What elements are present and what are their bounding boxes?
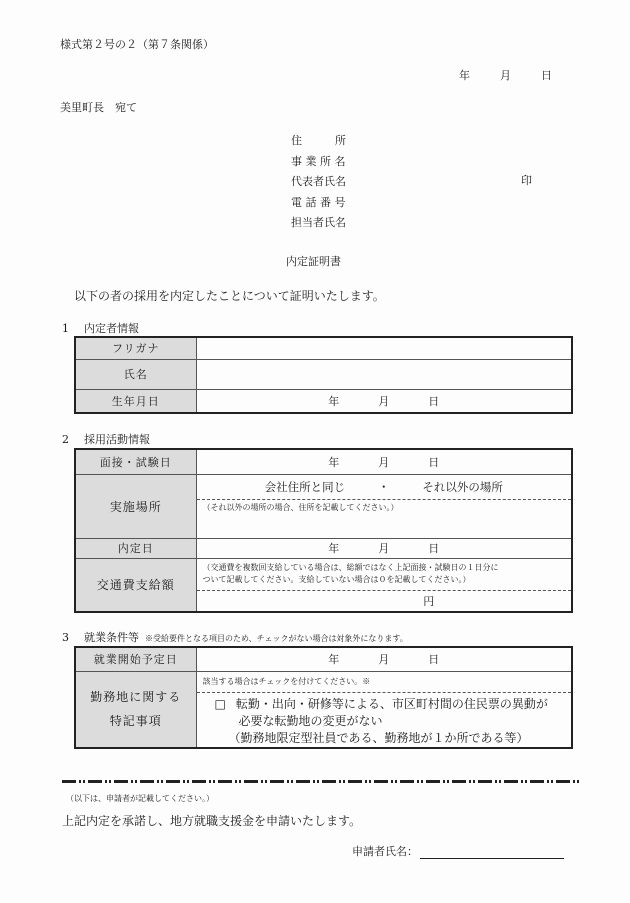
venue-field: 会社住所と同じ ・ それ以外の場所 （それ以外の場所の場合、住所を記載してくださ… bbox=[196, 474, 572, 538]
employment-conditions-table: 就業開始予定日 年月日 勤務地に関する 特記事項 該当する場合はチェックを付けて… bbox=[74, 646, 573, 749]
section-title: 採用活動情報 bbox=[84, 433, 150, 446]
table-row: 実施場所 会社住所と同じ ・ それ以外の場所 （それ以外の場所の場合、住所を記載… bbox=[75, 474, 572, 538]
month-label: 月 bbox=[359, 454, 409, 470]
table-row: 内定日 年月日 bbox=[75, 538, 572, 558]
yen-unit: 円 bbox=[423, 591, 434, 612]
month-label: 月 bbox=[359, 393, 409, 409]
seal-mark: 印 bbox=[521, 172, 532, 188]
form-number: 様式第２号の２（第７条関係） bbox=[60, 36, 214, 52]
cut-line-divider bbox=[62, 780, 579, 783]
section-2-heading: 2採用活動情報 bbox=[62, 431, 150, 447]
note-line: ついて記載してください。支給していない場合は０を記載してください。） bbox=[203, 574, 566, 586]
employer-company-label: 事 業 所 名 bbox=[291, 152, 346, 173]
item-text: 転勤・出向・研修等による、市区町村間の住民票の異動が bbox=[236, 697, 548, 711]
workplace-label: 勤務地に関する 特記事項 bbox=[75, 671, 196, 748]
venue-label: 実施場所 bbox=[75, 474, 196, 538]
furigana-field[interactable] bbox=[196, 337, 572, 359]
birthdate-label: 生年月日 bbox=[75, 389, 196, 413]
employer-representative-label: 代表者氏名 bbox=[291, 172, 346, 193]
section-title: 内定者情報 bbox=[84, 322, 139, 335]
offer-date-label: 内定日 bbox=[75, 538, 196, 558]
acceptance-statement: 上記内定を承諾し、地方就職支援金を申請いたします。 bbox=[62, 812, 361, 829]
employer-info-block: 住 所 事 業 所 名 代表者氏名 電 話 番 号 担当者氏名 bbox=[291, 131, 346, 234]
interview-date-label: 面接・試験日 bbox=[75, 449, 196, 474]
name-field[interactable] bbox=[196, 359, 572, 389]
workplace-checkbox-item[interactable]: □転勤・出向・研修等による、市区町村間の住民票の異動が 必要な転勤地の変更がない… bbox=[197, 692, 572, 747]
signature-field[interactable] bbox=[420, 847, 564, 859]
day-label: 日 bbox=[409, 651, 459, 667]
year-label: 年 bbox=[309, 454, 359, 470]
venue-option-other[interactable]: それ以外の場所 bbox=[422, 480, 503, 494]
offer-date-field[interactable]: 年月日 bbox=[196, 538, 572, 558]
intro-text: 以下の者の採用を内定したことについて証明いたします。 bbox=[74, 287, 385, 304]
transport-note: （交通費を複数回支給している場合は、総額ではなく上記面接・試験日の１日分に つい… bbox=[197, 559, 572, 590]
employer-address-label: 住 所 bbox=[291, 131, 346, 152]
section-number: 3 bbox=[62, 631, 84, 644]
item-text: （勤務地限定型社員である、勤務地が１か所である等） bbox=[215, 730, 572, 747]
day-label: 日 bbox=[409, 393, 459, 409]
day-label: 日 bbox=[541, 67, 552, 83]
applicant-instruction: （以下は、申請者が記載してください。） bbox=[66, 793, 214, 804]
venue-address-field[interactable]: （それ以外の場所の場合、住所を記載してください。） bbox=[197, 499, 572, 538]
table-row: 交通費支給額 （交通費を複数回支給している場合は、総額ではなく上記面接・試験日の… bbox=[75, 558, 572, 612]
furigana-label: フリガナ bbox=[75, 337, 196, 359]
table-row: 勤務地に関する 特記事項 該当する場合はチェックを付けてください。※ □転勤・出… bbox=[75, 671, 572, 748]
section-note: ※受給要件となる項目のため、チェックがない場合は対象外になります。 bbox=[145, 634, 408, 643]
employer-phone-label: 電 話 番 号 bbox=[291, 193, 346, 214]
addressee: 美里町長 宛て bbox=[60, 99, 137, 115]
year-label: 年 bbox=[309, 540, 359, 556]
item-text: 必要な転勤地の変更がない bbox=[215, 713, 572, 730]
name-label: 氏名 bbox=[75, 359, 196, 389]
year-label: 年 bbox=[309, 393, 359, 409]
table-row: フリガナ bbox=[75, 337, 572, 359]
separator: ・ bbox=[349, 475, 419, 499]
applicant-signature: 申請者氏名： bbox=[352, 843, 564, 859]
checkbox-icon[interactable]: □ bbox=[215, 697, 226, 711]
day-label: 日 bbox=[409, 540, 459, 556]
month-label: 月 bbox=[359, 540, 409, 556]
table-row: 氏名 bbox=[75, 359, 572, 389]
transport-amount-field[interactable]: 円 bbox=[197, 590, 572, 611]
document-title: 内定証明書 bbox=[286, 253, 341, 269]
section-number: 2 bbox=[62, 433, 84, 446]
issue-date[interactable]: 年月日 bbox=[459, 67, 552, 83]
table-row: 面接・試験日 年月日 bbox=[75, 449, 572, 474]
note-line: （交通費を複数回支給している場合は、総額ではなく上記面接・試験日の１日分に bbox=[203, 562, 566, 574]
candidate-info-table: フリガナ 氏名 生年月日 年月日 bbox=[74, 336, 573, 414]
workplace-instruction: 該当する場合はチェックを付けてください。※ bbox=[197, 672, 572, 692]
signature-label: 申請者氏名： bbox=[352, 845, 418, 858]
start-date-field[interactable]: 年月日 bbox=[196, 647, 572, 671]
day-label: 日 bbox=[409, 454, 459, 470]
transport-label: 交通費支給額 bbox=[75, 558, 196, 612]
section-1-heading: 1内定者情報 bbox=[62, 320, 139, 336]
table-row: 就業開始予定日 年月日 bbox=[75, 647, 572, 671]
section-number: 1 bbox=[62, 322, 84, 335]
label-line: 特記事項 bbox=[76, 709, 196, 733]
table-row: 生年月日 年月日 bbox=[75, 389, 572, 413]
interview-date-field[interactable]: 年月日 bbox=[196, 449, 572, 474]
year-label: 年 bbox=[459, 67, 470, 83]
month-label: 月 bbox=[500, 67, 511, 83]
label-line: 勤務地に関する bbox=[76, 685, 196, 709]
section-title: 就業条件等 bbox=[84, 631, 139, 644]
recruitment-info-table: 面接・試験日 年月日 実施場所 会社住所と同じ ・ それ以外の場所 （それ以外の… bbox=[74, 448, 573, 613]
section-3-heading: 3就業条件等※受給要件となる項目のため、チェックがない場合は対象外になります。 bbox=[62, 629, 408, 645]
birthdate-field[interactable]: 年月日 bbox=[196, 389, 572, 413]
venue-option-same[interactable]: 会社住所と同じ bbox=[265, 480, 346, 494]
workplace-field: 該当する場合はチェックを付けてください。※ □転勤・出向・研修等による、市区町村… bbox=[196, 671, 572, 748]
start-date-label: 就業開始予定日 bbox=[75, 647, 196, 671]
employer-contact-label: 担当者氏名 bbox=[291, 213, 346, 234]
month-label: 月 bbox=[359, 651, 409, 667]
venue-note: （それ以外の場所の場合、住所を記載してください。） bbox=[203, 503, 399, 512]
year-label: 年 bbox=[309, 651, 359, 667]
venue-options: 会社住所と同じ ・ それ以外の場所 bbox=[197, 475, 572, 499]
transport-field: （交通費を複数回支給している場合は、総額ではなく上記面接・試験日の１日分に つい… bbox=[196, 558, 572, 612]
